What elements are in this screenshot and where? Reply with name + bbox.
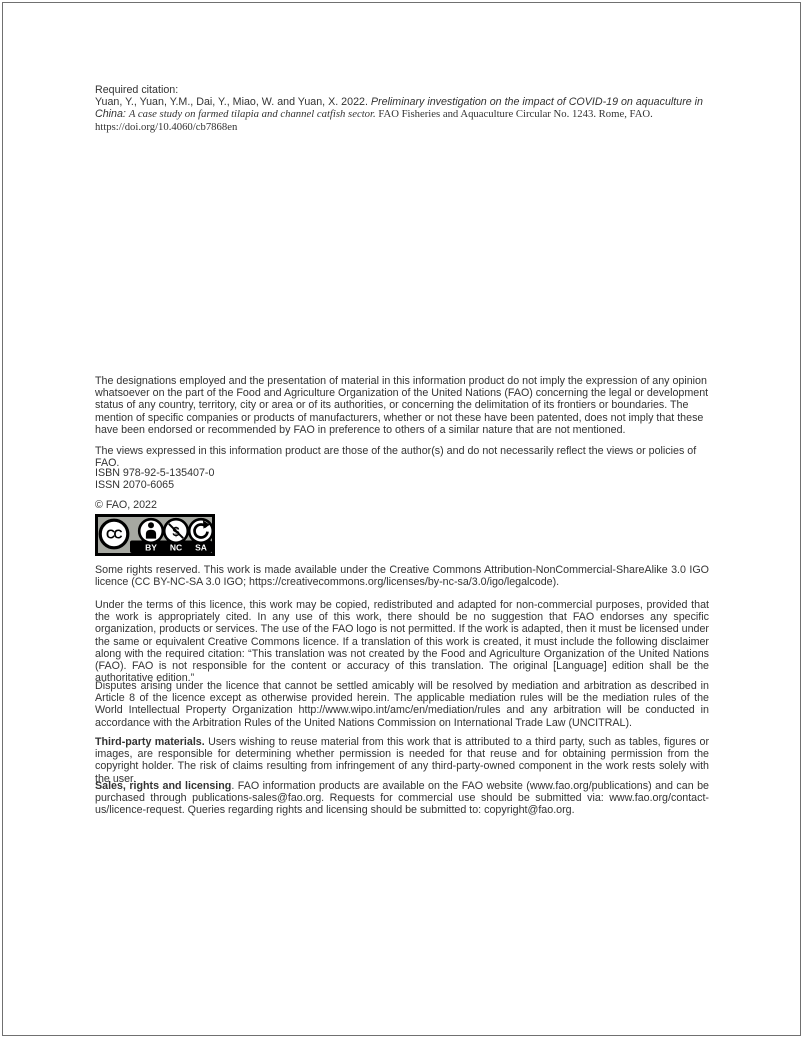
designations-paragraph: The designations employed and the presen… (95, 375, 709, 436)
noncommercial-dollar-icon: $ (164, 519, 188, 543)
isbn-line: ISBN 978-92-5-135407-0 (95, 467, 709, 479)
cc-by-nc-sa-badge-image: BY NC SA CC $ (95, 514, 215, 556)
third-party-materials-paragraph: Third-party materials. Users wishing to … (95, 736, 709, 785)
citation-series: FAO Fisheries and Aquaculture Circular N… (376, 108, 653, 120)
some-rights-paragraph: Some rights reserved. This work is made … (95, 564, 709, 588)
disputes-paragraph: Disputes arising under the licence that … (95, 680, 709, 729)
citation-title-part2: A case study on farmed tilapia and chann… (129, 108, 376, 120)
third-party-label: Third-party materials. (95, 736, 205, 748)
licence-terms-paragraph: Under the terms of this licence, this wo… (95, 599, 709, 684)
issn-line: ISSN 2070-6065 (95, 479, 709, 491)
document-page: Required citation: Yuan, Y., Yuan, Y.M.,… (0, 0, 802, 1037)
sharealike-arrow-icon (189, 519, 213, 543)
required-citation-block: Required citation: Yuan, Y., Yuan, Y.M.,… (95, 84, 709, 133)
cc-logo-icon: CC (100, 520, 128, 548)
cc-logo-text: CC (106, 528, 123, 542)
citation-text: Yuan, Y., Yuan, Y.M., Dai, Y., Miao, W. … (95, 96, 709, 120)
sales-label: Sales, rights and licensing (95, 780, 231, 792)
citation-label: Required citation: (95, 84, 709, 96)
views-paragraph: The views expressed in this information … (95, 445, 709, 469)
citation-authors: Yuan, Y., Yuan, Y.M., Dai, Y., Miao, W. … (95, 96, 371, 108)
copyright-line: © FAO, 2022 (95, 499, 709, 511)
sales-rights-licensing-paragraph: Sales, rights and licensing. FAO informa… (95, 780, 709, 817)
citation-doi-link: https://doi.org/10.4060/cb7868en (95, 121, 709, 133)
attribution-person-icon (139, 519, 163, 543)
identifiers-block: ISBN 978-92-5-135407-0 ISSN 2070-6065 (95, 467, 709, 491)
cc-license-badge: BY NC SA CC $ (95, 514, 215, 556)
